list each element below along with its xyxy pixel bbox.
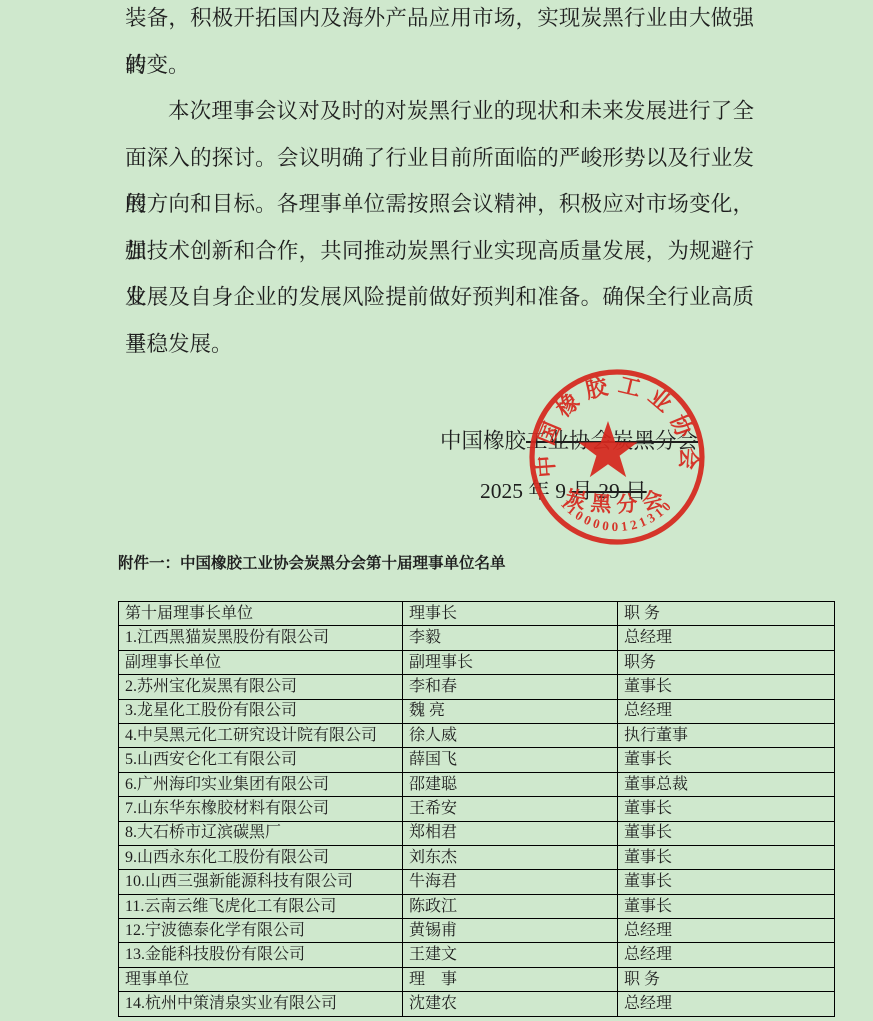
body-line: 发展及自身企业的发展风险提前做好预判和准备。确保全行业高质量 bbox=[125, 274, 754, 321]
cell-title: 职务 bbox=[618, 650, 835, 674]
table-row: 7.山东华东橡胶材料有限公司 王希安 董事长 bbox=[119, 797, 835, 821]
body-line: 转变。 bbox=[125, 42, 754, 89]
roster-table: 第十届理事长单位 理事长 职 务 1.江西黑猫炭黑股份有限公司 李毅 总经理 副… bbox=[118, 601, 835, 1017]
cell-person: 王建文 bbox=[403, 943, 618, 967]
cell-title: 总经理 bbox=[618, 943, 835, 967]
cell-unit: 第十届理事长单位 bbox=[119, 602, 403, 626]
cell-person: 李和春 bbox=[403, 675, 618, 699]
cell-person: 徐人威 bbox=[403, 723, 618, 747]
cell-unit: 9.山西永东化工股份有限公司 bbox=[119, 845, 403, 869]
table-row: 理事单位 理 事 职 务 bbox=[119, 967, 835, 991]
table-row: 8.大石桥市辽滨碳黑厂 郑相君 董事长 bbox=[119, 821, 835, 845]
cell-title: 总经理 bbox=[618, 992, 835, 1016]
cell-person: 薛国飞 bbox=[403, 748, 618, 772]
star-icon bbox=[579, 421, 638, 477]
table-row: 14.杭州中策清泉实业有限公司 沈建农 总经理 bbox=[119, 992, 835, 1016]
cell-unit: 11.云南云维飞虎化工有限公司 bbox=[119, 894, 403, 918]
table-row: 10.山西三强新能源科技有限公司 牛海君 董事长 bbox=[119, 870, 835, 894]
cell-title: 董事长 bbox=[618, 797, 835, 821]
body-line: 本次理事会议对及时的对炭黑行业的现状和未来发展进行了全 bbox=[125, 88, 754, 135]
cell-unit: 6.广州海印实业集团有限公司 bbox=[119, 772, 403, 796]
body-text: 装备，积极开拓国内及海外产品应用市场，实现炭黑行业由大做强的转变。本次理事会议对… bbox=[125, 0, 754, 367]
cell-person: 邵建聪 bbox=[403, 772, 618, 796]
cell-title: 董事长 bbox=[618, 821, 835, 845]
cell-unit: 5.山西安仑化工有限公司 bbox=[119, 748, 403, 772]
cell-title: 董事长 bbox=[618, 748, 835, 772]
cell-title: 董事长 bbox=[618, 675, 835, 699]
cell-title: 董事长 bbox=[618, 870, 835, 894]
body-line: 装备，积极开拓国内及海外产品应用市场，实现炭黑行业由大做强的 bbox=[125, 0, 754, 42]
cell-unit: 14.杭州中策清泉实业有限公司 bbox=[119, 992, 403, 1016]
table-row: 副理事长单位 副理事长 职务 bbox=[119, 650, 835, 674]
cell-title: 执行董事 bbox=[618, 723, 835, 747]
table-row: 3.龙星化工股份有限公司 魏 亮 总经理 bbox=[119, 699, 835, 723]
cell-title: 董事长 bbox=[618, 845, 835, 869]
cell-person: 王希安 bbox=[403, 797, 618, 821]
cell-title: 总经理 bbox=[618, 626, 835, 650]
cell-person: 理事长 bbox=[403, 602, 618, 626]
cell-person: 魏 亮 bbox=[403, 699, 618, 723]
table-row: 13.金能科技股份有限公司 王建文 总经理 bbox=[119, 943, 835, 967]
body-line: 强技术创新和合作，共同推动炭黑行业实现高质量发展，为规避行业 bbox=[125, 228, 754, 275]
cell-person: 郑相君 bbox=[403, 821, 618, 845]
cell-person: 副理事长 bbox=[403, 650, 618, 674]
attachment-heading: 附件一：中国橡胶工业协会炭黑分会第十届理事单位名单 bbox=[118, 551, 506, 573]
body-line: 平稳发展。 bbox=[125, 321, 754, 368]
cell-title: 职 务 bbox=[618, 602, 835, 626]
table-row: 1.江西黑猫炭黑股份有限公司 李毅 总经理 bbox=[119, 626, 835, 650]
document-page: 装备，积极开拓国内及海外产品应用市场，实现炭黑行业由大做强的转变。本次理事会议对… bbox=[0, 0, 873, 1021]
cell-unit: 13.金能科技股份有限公司 bbox=[119, 943, 403, 967]
cell-person: 陈政江 bbox=[403, 894, 618, 918]
cell-title: 职 务 bbox=[618, 967, 835, 991]
table-row: 6.广州海印实业集团有限公司 邵建聪 董事总裁 bbox=[119, 772, 835, 796]
table-row: 4.中昊黑元化工研究设计院有限公司 徐人威 执行董事 bbox=[119, 723, 835, 747]
cell-unit: 4.中昊黑元化工研究设计院有限公司 bbox=[119, 723, 403, 747]
cell-unit: 10.山西三强新能源科技有限公司 bbox=[119, 870, 403, 894]
official-seal: 中国橡胶工业协会 炭黑分会 1100000121310 bbox=[527, 368, 707, 548]
cell-unit: 7.山东华东橡胶材料有限公司 bbox=[119, 797, 403, 821]
cell-title: 总经理 bbox=[618, 699, 835, 723]
cell-title: 总经理 bbox=[618, 919, 835, 943]
table-row: 2.苏州宝化炭黑有限公司 李和春 董事长 bbox=[119, 675, 835, 699]
cell-unit: 8.大石桥市辽滨碳黑厂 bbox=[119, 821, 403, 845]
body-line: 的方向和目标。各理事单位需按照会议精神，积极应对市场变化，加 bbox=[125, 181, 754, 228]
cell-unit: 12.宁波德泰化学有限公司 bbox=[119, 919, 403, 943]
cell-person: 黄锡甫 bbox=[403, 919, 618, 943]
cell-person: 李毅 bbox=[403, 626, 618, 650]
cell-unit: 2.苏州宝化炭黑有限公司 bbox=[119, 675, 403, 699]
table-row: 11.云南云维飞虎化工有限公司 陈政江 董事长 bbox=[119, 894, 835, 918]
cell-person: 牛海君 bbox=[403, 870, 618, 894]
cell-unit: 1.江西黑猫炭黑股份有限公司 bbox=[119, 626, 403, 650]
cell-person: 沈建农 bbox=[403, 992, 618, 1016]
table-row: 9.山西永东化工股份有限公司 刘东杰 董事长 bbox=[119, 845, 835, 869]
cell-unit: 副理事长单位 bbox=[119, 650, 403, 674]
table-row: 12.宁波德泰化学有限公司 黄锡甫 总经理 bbox=[119, 919, 835, 943]
body-line: 面深入的探讨。会议明确了行业目前所面临的严峻形势以及行业发展 bbox=[125, 135, 754, 182]
table-row: 5.山西安仑化工有限公司 薛国飞 董事长 bbox=[119, 748, 835, 772]
cell-unit: 3.龙星化工股份有限公司 bbox=[119, 699, 403, 723]
cell-person: 理 事 bbox=[403, 967, 618, 991]
signature-org-normal: 中国橡胶 bbox=[440, 429, 526, 453]
cell-title: 董事长 bbox=[618, 894, 835, 918]
cell-person: 刘东杰 bbox=[403, 845, 618, 869]
cell-unit: 理事单位 bbox=[119, 967, 403, 991]
table-row: 第十届理事长单位 理事长 职 务 bbox=[119, 602, 835, 626]
cell-title: 董事总裁 bbox=[618, 772, 835, 796]
